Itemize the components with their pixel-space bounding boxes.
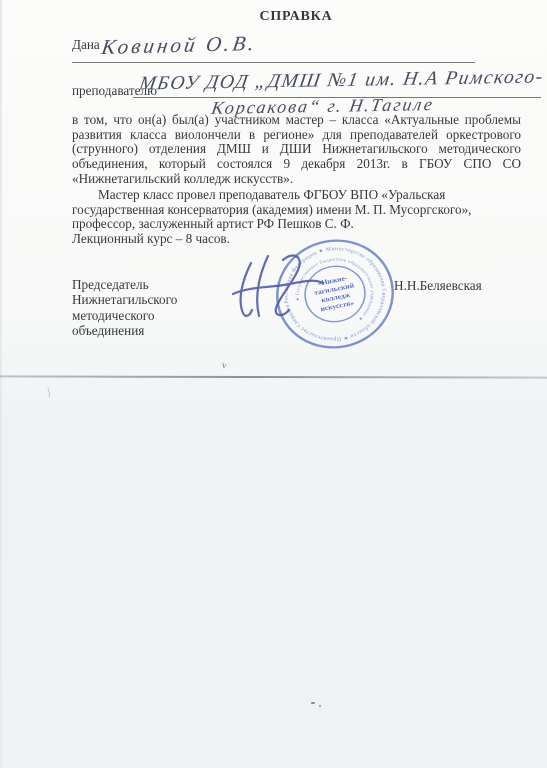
signatory-role-line: Председатель — [72, 277, 177, 292]
body-line: государственная консерватория (академия)… — [72, 203, 521, 218]
body-paragraph-1: в том, что он(а) был(а) участником масте… — [72, 113, 521, 187]
scan-speck — [319, 705, 321, 707]
paper-fold-line — [0, 375, 547, 378]
document-title: СПРАВКА — [72, 9, 520, 25]
signatory-role-line: методического — [72, 308, 177, 323]
recipient-name-handwritten: Ковиной О.В. — [100, 31, 259, 60]
signatory-name: Н.Н.Беляевская — [394, 278, 482, 294]
body-line: развития класса виолончели в регионе» дл… — [72, 128, 521, 143]
pen-tick-mark: v — [221, 360, 227, 371]
school-name-handwritten-line1: МБОУ ДОД „ДМШ №1 им. Н.А Римского- — [138, 66, 546, 95]
handwritten-signature — [231, 247, 339, 329]
scan-speck — [311, 702, 315, 704]
signatory-role-line: объединения — [72, 323, 177, 338]
body-line: Мастер класс провел преподаватель ФГБОУ … — [72, 188, 521, 203]
signatory-role-line: Нижнетагильского — [72, 292, 177, 307]
signatory-role: Председатель Нижнетагильского методическ… — [72, 277, 177, 338]
scanned-certificate-page: СПРАВКА Дана Ковиной О.В. преподавателю … — [0, 0, 547, 768]
fill-in-line-2 — [133, 97, 541, 98]
dana-label: Дана — [72, 37, 100, 53]
scan-edge-shadow — [0, 0, 2, 768]
body-paragraph-2: Мастер класс провел преподаватель ФГБОУ … — [72, 188, 521, 232]
body-line: профессор, заслуженный артист РФ Пешков … — [72, 217, 521, 232]
scan-squiggle-artifact: } — [45, 385, 53, 401]
fill-in-line-1 — [72, 62, 475, 63]
body-line: в том, что он(а) был(а) участником масте… — [72, 113, 521, 128]
body-line: объединения, который состоялся 9 декабря… — [72, 157, 521, 172]
body-line: «Нижнетагильский колледж искусств». — [72, 172, 521, 187]
body-line: (струнного) отделения ДМШ и ДШИ Нижнетаг… — [72, 142, 521, 157]
